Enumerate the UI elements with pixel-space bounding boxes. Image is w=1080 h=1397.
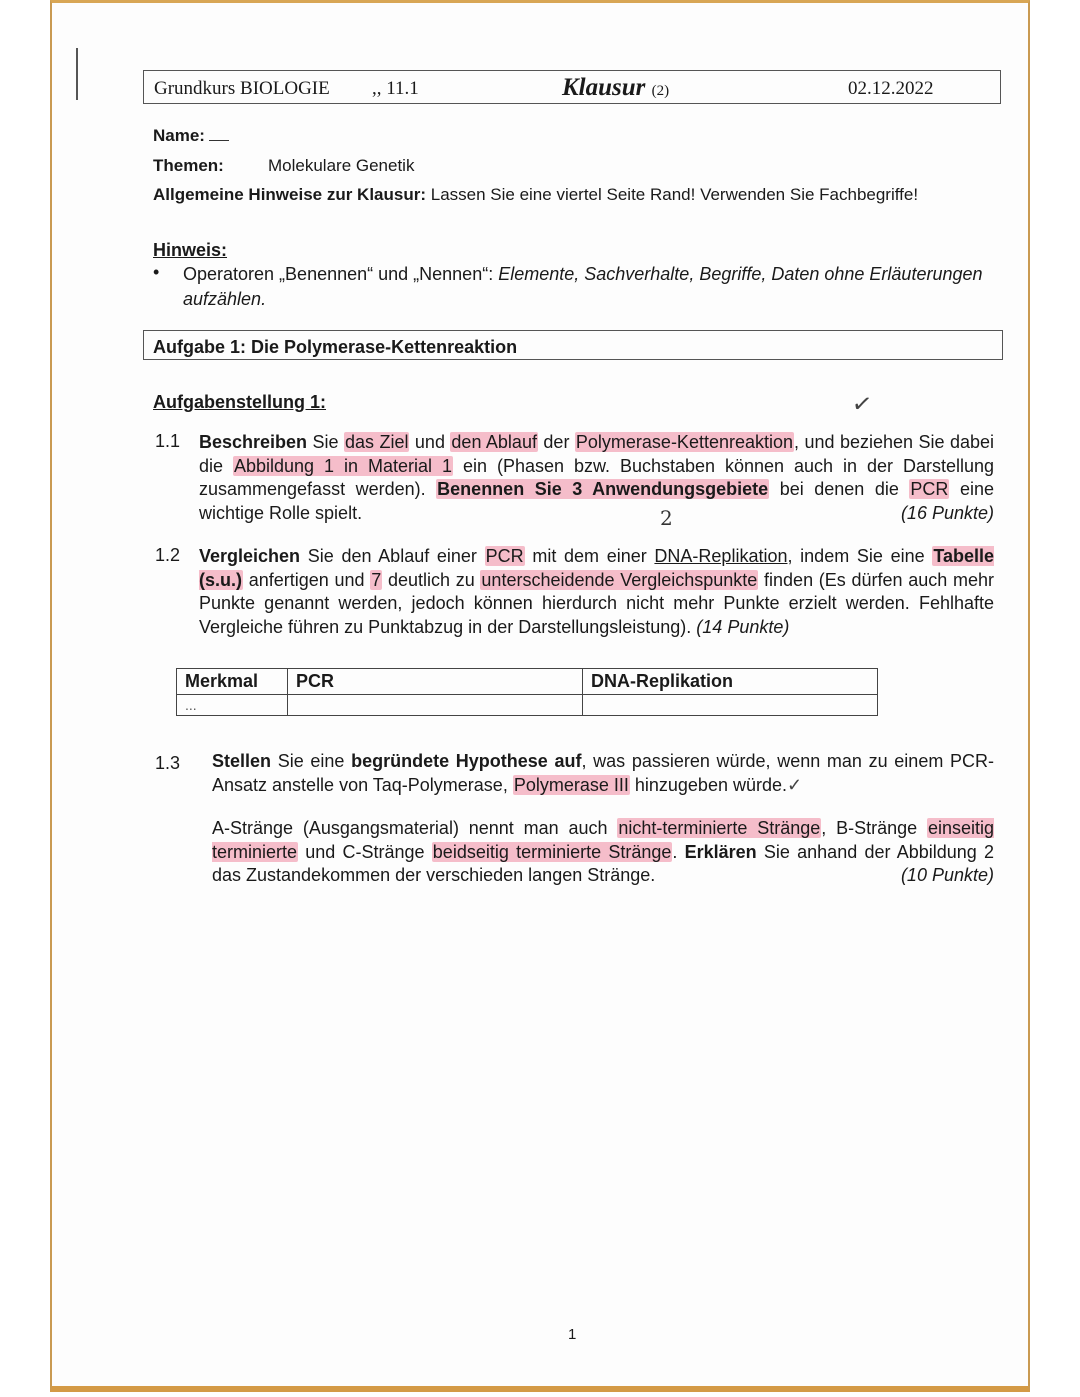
bullet-icon: • <box>153 262 159 282</box>
note-text: Operatoren „Benennen“ und „Nennen“: Elem… <box>183 262 1003 312</box>
text: bei denen die <box>769 479 909 499</box>
course-name: Grundkurs BIOLOGIE <box>154 78 330 100</box>
checkmark-icon: ✓ <box>787 775 802 795</box>
task-title: Aufgabe 1: Die Polymerase-Kettenreaktion <box>143 330 1003 360</box>
text: Sie den Ablauf einer <box>300 546 485 566</box>
text: , indem Sie eine <box>787 546 932 566</box>
name-row: Name: <box>153 126 229 146</box>
task-subheading: Aufgabenstellung 1: <box>153 392 326 413</box>
item-number: 1.1 <box>155 431 180 452</box>
table-header-row: Merkmal PCR DNA-Replikation <box>177 669 878 695</box>
name-label: Name: <box>153 126 205 145</box>
operator-verb: Beschreiben <box>199 432 307 452</box>
comparison-table: Merkmal PCR DNA-Replikation ... <box>176 668 878 716</box>
exam-date: 02.12.2022 <box>848 78 934 100</box>
exam-title: Klausur (2) <box>562 74 669 102</box>
grade-level: ,, 11.1 <box>372 78 419 100</box>
table-cell <box>583 695 878 716</box>
bold-term: begründete Hypothese auf <box>351 751 581 771</box>
exam-number: (2) <box>652 83 670 99</box>
text: hinzugeben würde. <box>630 775 787 795</box>
item-number: 1.3 <box>155 753 180 774</box>
highlight: Polymerase III <box>513 775 630 795</box>
highlight: unterscheidende Vergleichspunkte <box>480 570 758 590</box>
text: , B-Stränge <box>821 818 927 838</box>
table-cell: ... <box>177 695 288 716</box>
table-row: ... <box>177 695 878 716</box>
note-heading: Hinweis: <box>153 240 227 261</box>
page-number: 1 <box>568 1326 576 1343</box>
highlight: Benennen Sie 3 Anwendungsgebiete <box>436 479 769 499</box>
operator-verb: Vergleichen <box>199 546 300 566</box>
task-item-1-2: Vergleichen Sie den Ablauf einer PCR mit… <box>199 545 994 639</box>
text: . <box>672 842 684 862</box>
highlight: das Ziel <box>344 432 409 452</box>
highlight: nicht-terminierte Stränge <box>617 818 821 838</box>
text: Sie <box>307 432 344 452</box>
topics-label: Themen: <box>153 156 224 175</box>
column-header: Merkmal <box>177 669 288 695</box>
highlight: 7 <box>370 570 382 590</box>
exam-header: Grundkurs BIOLOGIE ,, 11.1 Klausur (2) 0… <box>143 70 1001 104</box>
table-cell <box>288 695 583 716</box>
name-field[interactable] <box>209 140 229 141</box>
highlight: Polymerase-Kettenreaktion <box>575 432 794 452</box>
text: anfertigen und <box>243 570 370 590</box>
checkmark-icon: ✓ <box>850 389 874 421</box>
handwritten-annotation: 2 <box>660 506 673 530</box>
item-number: 1.2 <box>155 545 180 566</box>
topics-row: Themen: Molekulare Genetik <box>153 156 224 176</box>
text: deutlich zu <box>382 570 480 590</box>
general-notes-text: Lassen Sie eine viertel Seite Rand! Verw… <box>426 185 918 204</box>
highlight: PCR <box>909 479 949 499</box>
text: und C-Stränge <box>298 842 432 862</box>
text: Sie eine <box>271 751 351 771</box>
margin-mark <box>76 48 78 100</box>
note-bullet: • Operatoren „Benennen“ und „Nennen“: El… <box>153 262 159 283</box>
topics-value: Molekulare Genetik <box>268 156 414 176</box>
column-header: DNA-Replikation <box>583 669 878 695</box>
points: (14 Punkte) <box>696 617 789 637</box>
operator-verb: Erklären <box>685 842 757 862</box>
text: der <box>538 432 575 452</box>
exam-title-text: Klausur <box>562 74 645 101</box>
operator-verb: Stellen <box>212 751 271 771</box>
highlight: Abbildung 1 in Material 1 <box>233 456 453 476</box>
highlight: beidseitig terminierte Stränge <box>432 842 673 862</box>
task-item-1-3-part-2: A-Stränge (Ausgangsmaterial) nennt man a… <box>212 817 994 888</box>
general-notes: Allgemeine Hinweise zur Klausur: Lassen … <box>153 185 918 205</box>
underlined-term: DNA-Replikation <box>654 546 787 566</box>
text: mit dem einer <box>525 546 655 566</box>
highlight: den Ablauf <box>450 432 538 452</box>
text: und <box>409 432 450 452</box>
points: (10 Punkte) <box>901 864 994 888</box>
text: A-Stränge (Ausgangsmaterial) nennt man a… <box>212 818 617 838</box>
highlight: PCR <box>485 546 525 566</box>
note-text-plain: Operatoren „Benennen“ und „Nennen“: <box>183 264 498 284</box>
task-item-1-3: Stellen Sie eine begründete Hypothese au… <box>212 750 994 797</box>
points: (16 Punkte) <box>901 502 994 526</box>
task-item-1-1: Beschreiben Sie das Ziel und den Ablauf … <box>199 431 994 525</box>
general-notes-label: Allgemeine Hinweise zur Klausur: <box>153 185 426 204</box>
column-header: PCR <box>288 669 583 695</box>
